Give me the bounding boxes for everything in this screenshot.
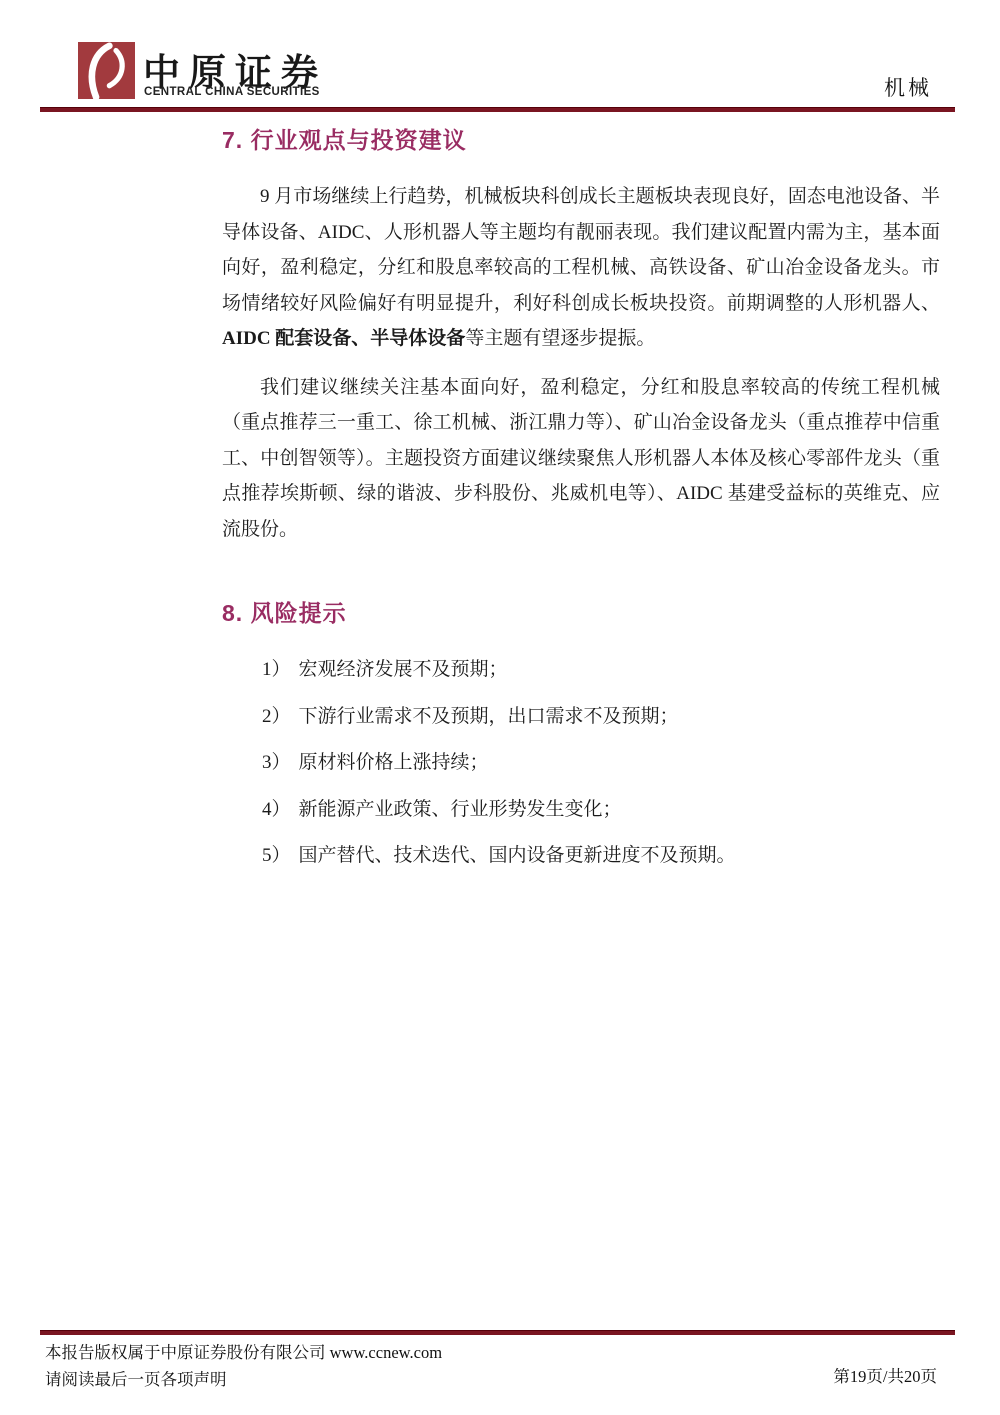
brand-logo-icon [78, 42, 135, 99]
header-rule [40, 107, 955, 112]
section-8-heading: 8. 风险提示 [222, 595, 940, 628]
risk-item-number: 3） [262, 749, 291, 777]
risk-item-number: 1） [262, 656, 291, 684]
risk-item-4: 4）新能源产业政策、行业形势发生变化； [262, 796, 940, 824]
section-7-paragraph-2: 我们建议继续关注基本面向好，盈利稳定，分红和股息率较高的传统工程机械（重点推荐三… [222, 370, 940, 548]
risk-item-2: 2）下游行业需求不及预期，出口需求不及预期； [262, 703, 940, 731]
footer-rule [40, 1330, 955, 1335]
risk-item-text: 原材料价格上涨持续； [299, 752, 489, 773]
report-body: 7. 行业观点与投资建议 9 月市场继续上行趋势，机械板块科创成长主题板块表现良… [222, 122, 940, 889]
report-page: 中原证券 CENTRAL CHINA SECURITIES 机械 7. 行业观点… [0, 0, 1000, 1415]
paragraph-1-text-end: 等主题有望逐步提振。 [465, 328, 655, 349]
footer-copyright: 本报告版权属于中原证券股份有限公司 www.ccnew.com [45, 1339, 442, 1363]
risk-item-text: 宏观经济发展不及预期； [299, 659, 508, 680]
paragraph-1-bold-text: AIDC 配套设备、半导体设备 [222, 328, 465, 349]
risk-item-1: 1）宏观经济发展不及预期； [262, 656, 940, 684]
risk-item-text: 下游行业需求不及预期，出口需求不及预期； [299, 706, 679, 727]
industry-tag: 机械 [884, 72, 932, 102]
footer-disclaimer: 请阅读最后一页各项声明 [45, 1366, 227, 1390]
section-7-paragraph-1: 9 月市场继续上行趋势，机械板块科创成长主题板块表现良好，固态电池设备、半导体设… [222, 179, 940, 357]
section-7-heading: 7. 行业观点与投资建议 [222, 122, 940, 155]
risk-item-text: 国产替代、技术迭代、国内设备更新进度不及预期。 [299, 845, 736, 866]
risk-item-number: 5） [262, 842, 291, 870]
footer-page-number: 第19页/共20页 [833, 1363, 937, 1387]
risk-item-number: 4） [262, 796, 291, 824]
brand-name-en: CENTRAL CHINA SECURITIES [144, 86, 320, 98]
risk-item-3: 3）原材料价格上涨持续； [262, 749, 940, 777]
risk-item-5: 5）国产替代、技术迭代、国内设备更新进度不及预期。 [262, 842, 940, 870]
paragraph-1-text: 9 月市场继续上行趋势，机械板块科创成长主题板块表现良好，固态电池设备、半导体设… [222, 186, 940, 314]
risk-item-text: 新能源产业政策、行业形势发生变化； [299, 799, 622, 820]
risk-item-number: 2） [262, 703, 291, 731]
